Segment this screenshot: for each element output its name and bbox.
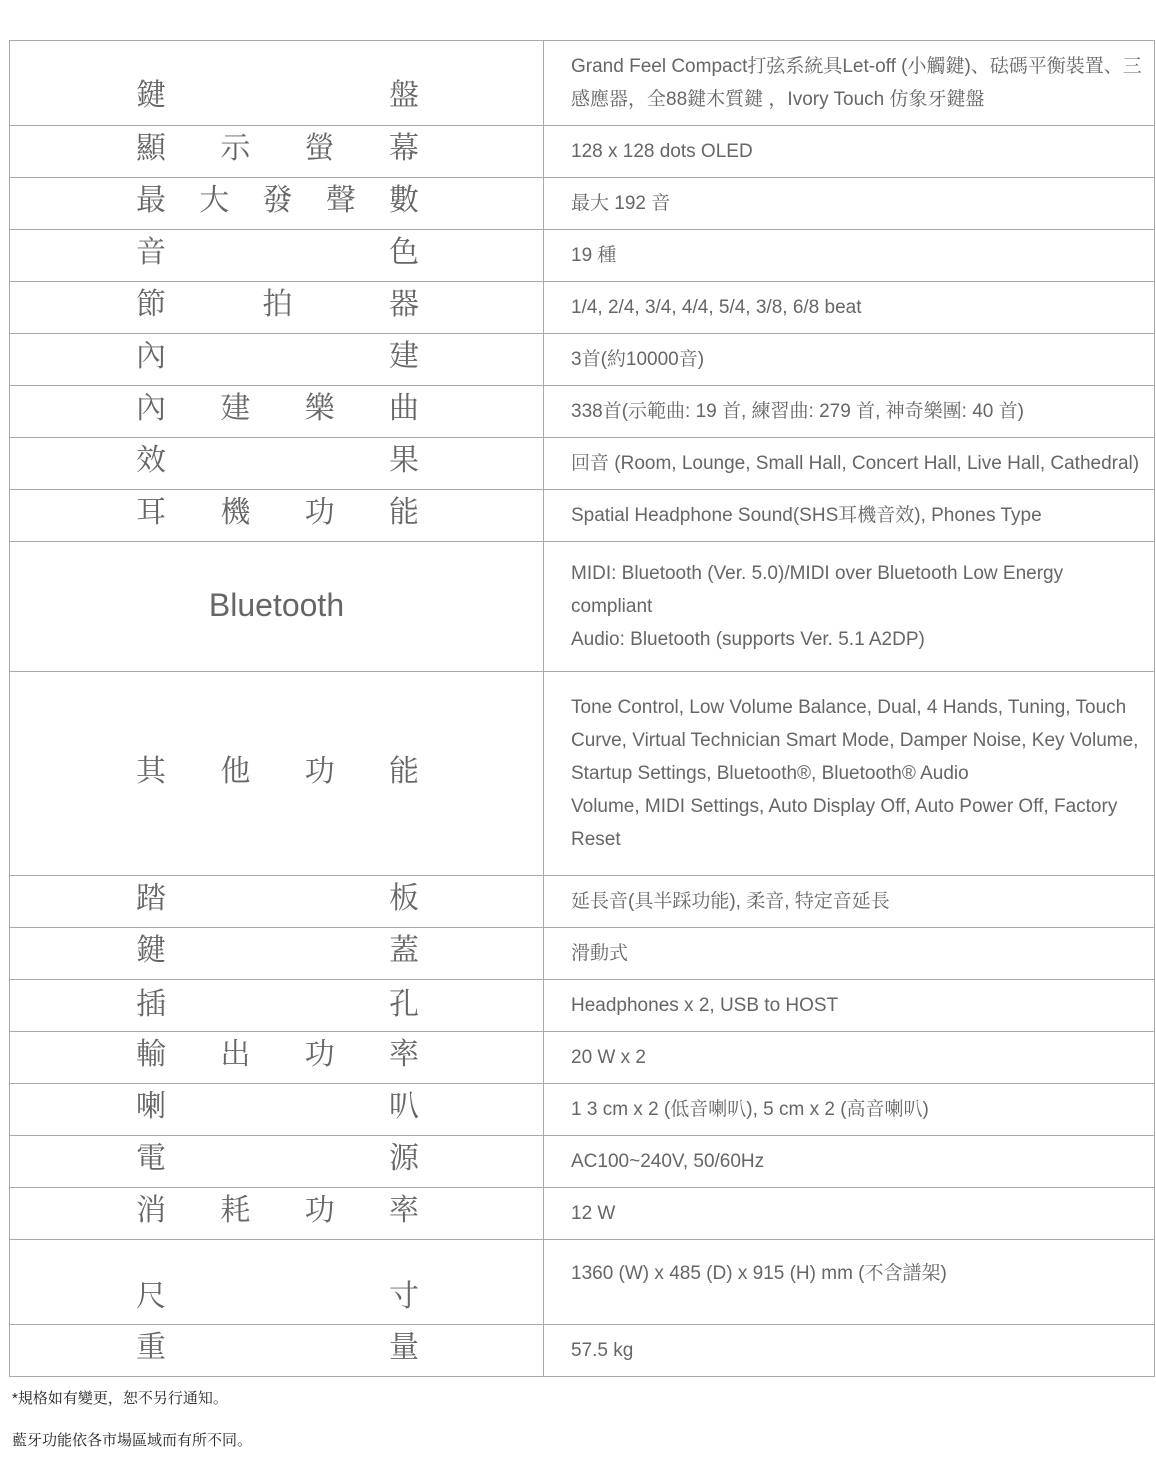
spec-value-cell: MIDI: Bluetooth (Ver. 5.0)/MIDI over Blu… xyxy=(544,542,1155,672)
spec-value-line: 19 種 xyxy=(571,239,1148,272)
spec-label-char: 色 xyxy=(389,236,419,270)
spec-label-char: 出 xyxy=(220,1038,250,1072)
spec-label-char: 內 xyxy=(136,392,166,426)
spec-label-cell: Bluetooth xyxy=(10,542,544,672)
spec-label-char: 節 xyxy=(136,288,166,322)
spec-label-char: 他 xyxy=(220,755,250,789)
spec-label-char: 率 xyxy=(389,1038,419,1072)
bluetooth-region-note: 藍牙功能依各市場區域而有所不同。 xyxy=(12,1429,252,1450)
spec-row: 輸出功率20 W x 2 xyxy=(10,1032,1155,1084)
spec-label-char: 音 xyxy=(136,236,166,270)
spec-label-char: 叭 xyxy=(389,1090,419,1124)
spec-label-char: 孔 xyxy=(389,988,419,1022)
spec-label-char: 效 xyxy=(136,444,166,478)
spec-row: 踏板延長音(具半踩功能), 柔音, 特定音延長 xyxy=(10,876,1155,928)
spec-row: 電源AC100~240V, 50/60Hz xyxy=(10,1136,1155,1188)
spec-value-cell: Grand Feel Compact打弦系統具Let-off (小觸鍵)、砝碼平… xyxy=(544,41,1155,126)
spec-label-char: 示 xyxy=(220,132,250,166)
spec-label-cell: 效果 xyxy=(10,438,544,490)
spec-label-char: 源 xyxy=(389,1142,419,1176)
spec-value-line: Grand Feel Compact打弦系統具Let-off (小觸鍵)、砝碼平… xyxy=(571,50,1148,116)
spec-label-char: 數 xyxy=(389,184,419,218)
spec-label-char: 果 xyxy=(389,444,419,478)
spec-label: 重量 xyxy=(136,1331,419,1365)
spec-label-char: 尺 xyxy=(136,1280,166,1314)
spec-value-line: 1 3 cm x 2 (低音喇叭), 5 cm x 2 (高音喇叭) xyxy=(571,1093,1148,1126)
spec-row: 內建3首(約10000音) xyxy=(10,334,1155,386)
spec-value-line: 回音 (Room, Lounge, Small Hall, Concert Ha… xyxy=(571,447,1148,480)
spec-label-char: 能 xyxy=(389,755,419,789)
spec-row: 尺寸1360 (W) x 485 (D) x 915 (H) mm (不含譜架) xyxy=(10,1240,1155,1325)
spec-label-char: 大 xyxy=(199,184,229,218)
spec-label-char: 曲 xyxy=(389,392,419,426)
spec-label-cell: 內建樂曲 xyxy=(10,386,544,438)
spec-value-line: 128 x 128 dots OLED xyxy=(571,135,1148,168)
spec-label-char: 機 xyxy=(220,496,250,530)
spec-value-cell: 20 W x 2 xyxy=(544,1032,1155,1084)
spec-label: 音色 xyxy=(136,236,419,270)
spec-row: 喇叭1 3 cm x 2 (低音喇叭), 5 cm x 2 (高音喇叭) xyxy=(10,1084,1155,1136)
spec-label-char: 重 xyxy=(136,1331,166,1365)
spec-label-char: 器 xyxy=(389,288,419,322)
spec-label-char: 輸 xyxy=(136,1038,166,1072)
spec-row: 其他功能Tone Control, Low Volume Balance, Du… xyxy=(10,672,1155,876)
spec-label-char: 建 xyxy=(220,392,250,426)
spec-label-char: Bluetooth xyxy=(209,588,344,622)
spec-label-char: 最 xyxy=(136,184,166,218)
spec-label-char: 功 xyxy=(305,496,335,530)
spec-label-char: 內 xyxy=(136,340,166,374)
spec-label-char: 聲 xyxy=(326,184,356,218)
spec-value-line: 57.5 kg xyxy=(571,1334,1148,1367)
spec-value-cell: 1 3 cm x 2 (低音喇叭), 5 cm x 2 (高音喇叭) xyxy=(544,1084,1155,1136)
spec-label-cell: 顯示螢幕 xyxy=(10,126,544,178)
spec-value-line: 20 W x 2 xyxy=(571,1041,1148,1074)
spec-value-line: Headphones x 2, USB to HOST xyxy=(571,989,1148,1022)
spec-value-cell: Headphones x 2, USB to HOST xyxy=(544,980,1155,1032)
spec-label: 顯示螢幕 xyxy=(136,132,419,166)
spec-label-char: 螢 xyxy=(305,132,335,166)
spec-label: 其他功能 xyxy=(136,755,419,789)
spec-label-char: 其 xyxy=(136,755,166,789)
spec-label-char: 功 xyxy=(305,755,335,789)
spec-label-char: 功 xyxy=(305,1194,335,1228)
spec-label-cell: 鍵蓋 xyxy=(10,928,544,980)
spec-value-cell: 19 種 xyxy=(544,230,1155,282)
spec-label-char: 耳 xyxy=(136,496,166,530)
spec-label-cell: 耳機功能 xyxy=(10,490,544,542)
spec-value-cell: 12 W xyxy=(544,1188,1155,1240)
spec-label-cell: 其他功能 xyxy=(10,672,544,876)
spec-value-line: 1/4, 2/4, 3/4, 4/4, 5/4, 3/8, 6/8 beat xyxy=(571,291,1148,324)
spec-value-line: 12 W xyxy=(571,1197,1148,1230)
spec-value-line: 滑動式 xyxy=(571,937,1148,970)
spec-value-line: 最大 192 音 xyxy=(571,187,1148,220)
spec-label: 消耗功率 xyxy=(136,1194,419,1228)
spec-label-cell: 踏板 xyxy=(10,876,544,928)
spec-value-cell: 回音 (Room, Lounge, Small Hall, Concert Ha… xyxy=(544,438,1155,490)
spec-value-cell: 128 x 128 dots OLED xyxy=(544,126,1155,178)
spec-label-cell: 輸出功率 xyxy=(10,1032,544,1084)
spec-label-cell: 節拍器 xyxy=(10,282,544,334)
spec-label-cell: 鍵盤 xyxy=(10,41,544,126)
spec-value-cell: 滑動式 xyxy=(544,928,1155,980)
spec-row: 顯示螢幕128 x 128 dots OLED xyxy=(10,126,1155,178)
spec-label: Bluetooth xyxy=(10,588,543,622)
spec-label-cell: 音色 xyxy=(10,230,544,282)
spec-label-cell: 喇叭 xyxy=(10,1084,544,1136)
spec-label-cell: 尺寸 xyxy=(10,1240,544,1325)
spec-label-char: 蓋 xyxy=(389,934,419,968)
spec-value-cell: 最大 192 音 xyxy=(544,178,1155,230)
spec-label-char: 能 xyxy=(389,496,419,530)
spec-label: 內建樂曲 xyxy=(136,392,419,426)
spec-label-char: 喇 xyxy=(136,1090,166,1124)
disclaimer-note: *規格如有變更，恕不另行通知。 xyxy=(12,1387,228,1408)
spec-label: 插孔 xyxy=(136,988,419,1022)
spec-label-char: 消 xyxy=(136,1194,166,1228)
spec-label: 踏板 xyxy=(136,882,419,916)
spec-value-cell: 1360 (W) x 485 (D) x 915 (H) mm (不含譜架) xyxy=(544,1240,1155,1325)
spec-label-char: 插 xyxy=(136,988,166,1022)
spec-label-cell: 插孔 xyxy=(10,980,544,1032)
spec-label-char: 幕 xyxy=(389,132,419,166)
spec-row: 內建樂曲338首(示範曲: 19 首, 練習曲: 279 首, 神奇樂團: 40… xyxy=(10,386,1155,438)
spec-label: 節拍器 xyxy=(136,288,419,322)
spec-label-char: 板 xyxy=(389,882,419,916)
spec-label-char: 電 xyxy=(136,1142,166,1176)
spec-label: 尺寸 xyxy=(136,1280,419,1314)
spec-label-cell: 最大發聲數 xyxy=(10,178,544,230)
spec-label-char: 建 xyxy=(389,340,419,374)
spec-label: 內建 xyxy=(136,340,419,374)
spec-label-char: 寸 xyxy=(389,1280,419,1314)
spec-value-cell: Tone Control, Low Volume Balance, Dual, … xyxy=(544,672,1155,876)
spec-value-cell: 1/4, 2/4, 3/4, 4/4, 5/4, 3/8, 6/8 beat xyxy=(544,282,1155,334)
spec-row: 耳機功能Spatial Headphone Sound(SHS耳機音效), Ph… xyxy=(10,490,1155,542)
spec-value-line: 338首(示範曲: 19 首, 練習曲: 279 首, 神奇樂團: 40 首) xyxy=(571,395,1148,428)
spec-value-cell: Spatial Headphone Sound(SHS耳機音效), Phones… xyxy=(544,490,1155,542)
spec-label-char: 耗 xyxy=(220,1194,250,1228)
spec-value-line: 延長音(具半踩功能), 柔音, 特定音延長 xyxy=(571,885,1148,918)
spec-label-char: 拍 xyxy=(263,288,293,322)
spec-label-char: 量 xyxy=(389,1331,419,1365)
spec-row: 消耗功率12 W xyxy=(10,1188,1155,1240)
spec-value-cell: 3首(約10000音) xyxy=(544,334,1155,386)
spec-value-line: 1360 (W) x 485 (D) x 915 (H) mm (不含譜架) xyxy=(571,1257,1148,1290)
spec-label: 輸出功率 xyxy=(136,1038,419,1072)
spec-value-cell: 延長音(具半踩功能), 柔音, 特定音延長 xyxy=(544,876,1155,928)
spec-value-line: MIDI: Bluetooth (Ver. 5.0)/MIDI over Blu… xyxy=(571,557,1148,623)
spec-label-cell: 重量 xyxy=(10,1325,544,1377)
spec-label-char: 鍵 xyxy=(136,79,166,113)
spec-label-cell: 消耗功率 xyxy=(10,1188,544,1240)
spec-value-line: Volume, MIDI Settings, Auto Display Off,… xyxy=(571,790,1148,856)
spec-value-cell: 57.5 kg xyxy=(544,1325,1155,1377)
spec-row: 鍵盤Grand Feel Compact打弦系統具Let-off (小觸鍵)、砝… xyxy=(10,41,1155,126)
spec-value-line: Spatial Headphone Sound(SHS耳機音效), Phones… xyxy=(571,499,1148,532)
spec-label-cell: 內建 xyxy=(10,334,544,386)
spec-label-char: 鍵 xyxy=(136,934,166,968)
spec-label-char: 功 xyxy=(305,1038,335,1072)
spec-row: BluetoothMIDI: Bluetooth (Ver. 5.0)/MIDI… xyxy=(10,542,1155,672)
spec-label: 耳機功能 xyxy=(136,496,419,530)
spec-label-char: 踏 xyxy=(136,882,166,916)
spec-value-cell: 338首(示範曲: 19 首, 練習曲: 279 首, 神奇樂團: 40 首) xyxy=(544,386,1155,438)
spec-label-char: 發 xyxy=(263,184,293,218)
spec-row: 鍵蓋滑動式 xyxy=(10,928,1155,980)
spec-table: 鍵盤Grand Feel Compact打弦系統具Let-off (小觸鍵)、砝… xyxy=(9,40,1155,1377)
spec-row: 節拍器1/4, 2/4, 3/4, 4/4, 5/4, 3/8, 6/8 bea… xyxy=(10,282,1155,334)
spec-label: 鍵盤 xyxy=(136,79,419,113)
spec-label: 鍵蓋 xyxy=(136,934,419,968)
spec-row: 重量57.5 kg xyxy=(10,1325,1155,1377)
spec-row: 音色19 種 xyxy=(10,230,1155,282)
spec-label: 電源 xyxy=(136,1142,419,1176)
spec-value-line: 3首(約10000音) xyxy=(571,343,1148,376)
spec-label-char: 顯 xyxy=(136,132,166,166)
spec-row: 效果回音 (Room, Lounge, Small Hall, Concert … xyxy=(10,438,1155,490)
spec-label: 效果 xyxy=(136,444,419,478)
spec-label: 最大發聲數 xyxy=(136,184,419,218)
spec-value-line: AC100~240V, 50/60Hz xyxy=(571,1145,1148,1178)
spec-label-char: 盤 xyxy=(389,79,419,113)
spec-row: 最大發聲數最大 192 音 xyxy=(10,178,1155,230)
spec-label-char: 樂 xyxy=(305,392,335,426)
spec-value-cell: AC100~240V, 50/60Hz xyxy=(544,1136,1155,1188)
spec-row: 插孔Headphones x 2, USB to HOST xyxy=(10,980,1155,1032)
spec-label: 喇叭 xyxy=(136,1090,419,1124)
spec-value-line: Audio: Bluetooth (supports Ver. 5.1 A2DP… xyxy=(571,623,1148,656)
spec-label-cell: 電源 xyxy=(10,1136,544,1188)
spec-label-char: 率 xyxy=(389,1194,419,1228)
spec-value-line: Tone Control, Low Volume Balance, Dual, … xyxy=(571,691,1148,790)
